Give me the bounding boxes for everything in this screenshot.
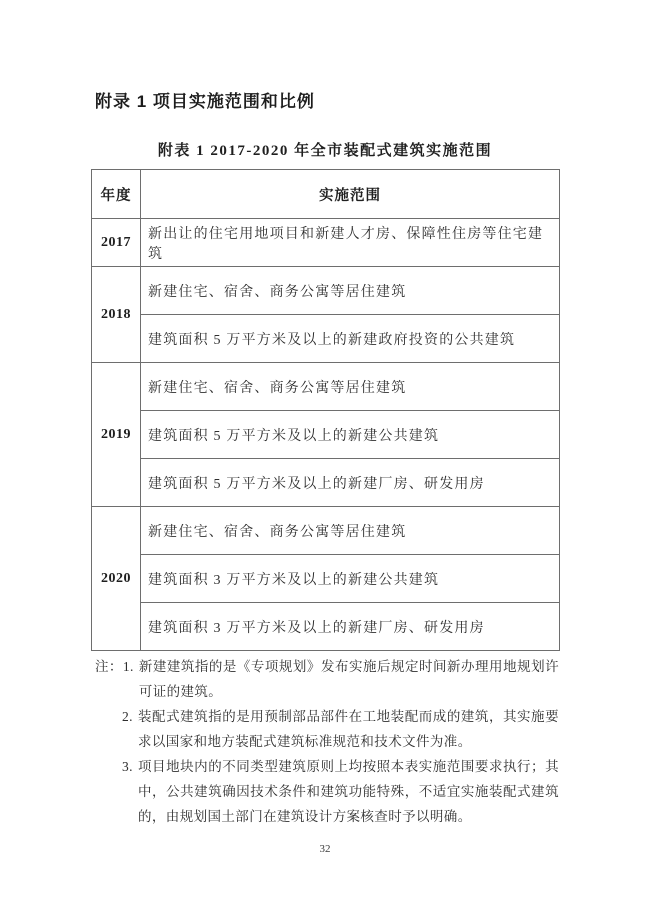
scope-cell: 建筑面积 3 万平方米及以上的新建公共建筑 (141, 555, 560, 603)
table-row: 2019 新建住宅、宿舍、商务公寓等居住建筑 (92, 363, 560, 411)
table-row: 建筑面积 5 万平方米及以上的新建厂房、研发用房 (92, 459, 560, 507)
note-text: 项目地块内的不同类型建筑原则上均按照本表实施范围要求执行；其中，公共建筑确因技术… (138, 754, 559, 829)
note-item-3: 3. 项目地块内的不同类型建筑原则上均按照本表实施范围要求执行；其中，公共建筑确… (95, 754, 559, 829)
note-item-2: 2. 装配式建筑指的是用预制部品部件在工地装配而成的建筑，其实施要求以国家和地方… (95, 704, 559, 754)
note-number: 2. (122, 704, 138, 729)
table-row: 2018 新建住宅、宿舍、商务公寓等居住建筑 (92, 267, 560, 315)
note-number: 3. (122, 754, 138, 779)
scope-cell: 新建住宅、宿舍、商务公寓等居住建筑 (141, 507, 560, 555)
note-text: 新建建筑指的是《专项规划》发布实施后规定时间新办理用地规划许可证的建筑。 (139, 654, 559, 704)
scope-cell: 建筑面积 5 万平方米及以上的新建政府投资的公共建筑 (141, 315, 560, 363)
scope-cell: 新出让的住宅用地项目和新建人才房、保障性住房等住宅建筑 (141, 219, 560, 267)
table-header-row: 年度 实施范围 (92, 170, 560, 219)
note-number: 1. (123, 654, 139, 679)
notes-block: 注： 1. 新建建筑指的是《专项规划》发布实施后规定时间新办理用地规划许可证的建… (95, 654, 559, 829)
table-row: 建筑面积 5 万平方米及以上的新建公共建筑 (92, 411, 560, 459)
notes-prefix-label: 注： (95, 654, 123, 679)
table-row: 建筑面积 3 万平方米及以上的新建公共建筑 (92, 555, 560, 603)
note-text: 装配式建筑指的是用预制部品部件在工地装配而成的建筑，其实施要求以国家和地方装配式… (138, 704, 559, 754)
column-header-scope: 实施范围 (141, 170, 560, 219)
note-item-1: 注： 1. 新建建筑指的是《专项规划》发布实施后规定时间新办理用地规划许可证的建… (95, 654, 559, 704)
scope-cell: 建筑面积 5 万平方米及以上的新建厂房、研发用房 (141, 459, 560, 507)
scope-cell: 建筑面积 5 万平方米及以上的新建公共建筑 (141, 411, 560, 459)
table-row: 建筑面积 5 万平方米及以上的新建政府投资的公共建筑 (92, 315, 560, 363)
document-page: 附录 1 项目实施范围和比例 附表 1 2017-2020 年全市装配式建筑实施… (0, 0, 650, 919)
appendix-heading: 附录 1 项目实施范围和比例 (95, 87, 315, 112)
scope-cell: 新建住宅、宿舍、商务公寓等居住建筑 (141, 363, 560, 411)
table-title: 附表 1 2017-2020 年全市装配式建筑实施范围 (0, 139, 650, 160)
year-cell-2019: 2019 (92, 363, 141, 507)
year-cell-2020: 2020 (92, 507, 141, 651)
year-cell-2017: 2017 (92, 219, 141, 267)
scope-cell: 新建住宅、宿舍、商务公寓等居住建筑 (141, 267, 560, 315)
year-cell-2018: 2018 (92, 267, 141, 363)
table-row: 建筑面积 3 万平方米及以上的新建厂房、研发用房 (92, 603, 560, 651)
column-header-year: 年度 (92, 170, 141, 219)
implementation-scope-table: 年度 实施范围 2017 新出让的住宅用地项目和新建人才房、保障性住房等住宅建筑… (91, 169, 560, 651)
table-row: 2017 新出让的住宅用地项目和新建人才房、保障性住房等住宅建筑 (92, 219, 560, 267)
scope-cell: 建筑面积 3 万平方米及以上的新建厂房、研发用房 (141, 603, 560, 651)
table-row: 2020 新建住宅、宿舍、商务公寓等居住建筑 (92, 507, 560, 555)
page-number: 32 (0, 843, 650, 855)
